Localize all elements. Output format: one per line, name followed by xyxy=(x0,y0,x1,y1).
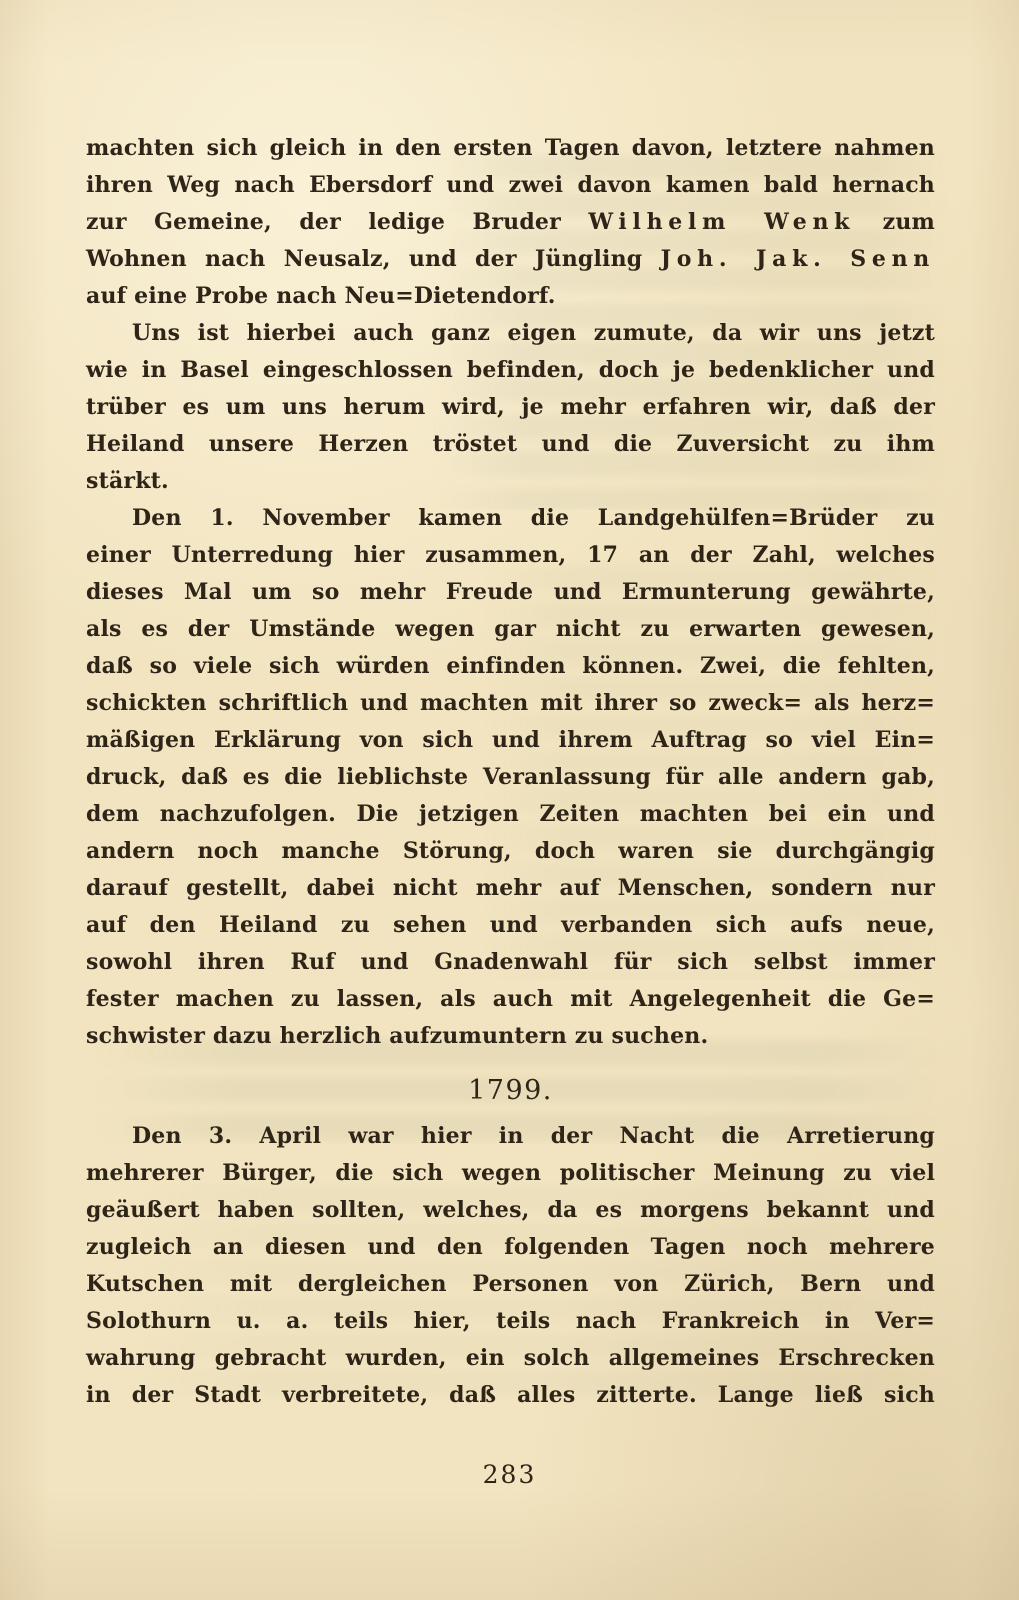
text-line: mehrerer Bürger, die sich wegen politisc… xyxy=(86,1155,935,1192)
text-line: fester machen zu lassen, als auch mit An… xyxy=(86,981,935,1018)
text-line: Den 3. April war hier in der Nacht die A… xyxy=(86,1118,935,1155)
text-line: Uns ist hierbei auch ganz eigen zumute, … xyxy=(86,315,935,352)
year-heading: 1799. xyxy=(86,1072,935,1109)
paragraph: Den 3. April war hier in der Nacht die A… xyxy=(86,1118,935,1414)
text-line: schickten schriftlich und machten mit ih… xyxy=(86,685,935,722)
text-line: darauf gestellt, dabei nicht mehr auf Me… xyxy=(86,870,935,907)
paragraph: machten sich gleich in den ersten Tagen … xyxy=(86,130,935,315)
text-line: druck, daß es die lieblichste Veranlassu… xyxy=(86,759,935,796)
text-line: machten sich gleich in den ersten Tagen … xyxy=(86,130,935,167)
text-line: dieses Mal um so mehr Freude und Ermunte… xyxy=(86,574,935,611)
text-line: andern noch manche Störung, doch waren s… xyxy=(86,833,935,870)
text-line: ihren Weg nach Ebersdorf und zwei davon … xyxy=(86,167,935,204)
paragraph: Uns ist hierbei auch ganz eigen zumute, … xyxy=(86,315,935,500)
text-line: mäßigen Erklärung von sich und ihrem Auf… xyxy=(86,722,935,759)
text-line: Heiland unsere Herzen tröstet und die Zu… xyxy=(86,426,935,463)
text-line: daß so viele sich würden einfinden könne… xyxy=(86,648,935,685)
book-page: machten sich gleich in den ersten Tagen … xyxy=(0,0,1019,1600)
text-line: auf eine Probe nach Neu=Dietendorf. xyxy=(86,278,935,315)
text-line: schwister dazu herzlich aufzumuntern zu … xyxy=(86,1018,935,1055)
paragraph: Den 1. November kamen die Landgehülfen=B… xyxy=(86,500,935,1055)
text-line: in der Stadt verbreitete, daß alles zitt… xyxy=(86,1377,935,1414)
text-line: Kutschen mit dergleichen Personen von Zü… xyxy=(86,1266,935,1303)
text-line: zugleich an diesen und den folgenden Tag… xyxy=(86,1229,935,1266)
text-line: auf den Heiland zu sehen und verbanden s… xyxy=(86,907,935,944)
letterspaced-name: Joh. Jak. Senn xyxy=(661,246,935,272)
text-line: Solothurn u. a. teils hier, teils nach F… xyxy=(86,1303,935,1340)
letterspaced-name: Wilhelm Wenk xyxy=(588,209,855,235)
text-line: einer Unterredung hier zusammen, 17 an d… xyxy=(86,537,935,574)
text-line: zur Gemeine, der ledige Bruder Wilhelm W… xyxy=(86,204,935,241)
text-line: Den 1. November kamen die Landgehülfen=B… xyxy=(86,500,935,537)
text-line: stärkt. xyxy=(86,463,935,500)
text-line: wie in Basel eingeschlossen befinden, do… xyxy=(86,352,935,389)
text-line: Wohnen nach Neusalz, und der Jüngling Jo… xyxy=(86,241,935,278)
text-line: dem nachzufolgen. Die jetzigen Zeiten ma… xyxy=(86,796,935,833)
text-line: trüber es um uns herum wird, je mehr erf… xyxy=(86,389,935,426)
text-line: wahrung gebracht wurden, ein solch allge… xyxy=(86,1340,935,1377)
page-body: machten sich gleich in den ersten Tagen … xyxy=(0,0,1019,1414)
page-number: 283 xyxy=(0,1456,1019,1493)
text-line: als es der Umstände wegen gar nicht zu e… xyxy=(86,611,935,648)
text-line: sowohl ihren Ruf und Gnadenwahl für sich… xyxy=(86,944,935,981)
text-line: geäußert haben sollten, welches, da es m… xyxy=(86,1192,935,1229)
